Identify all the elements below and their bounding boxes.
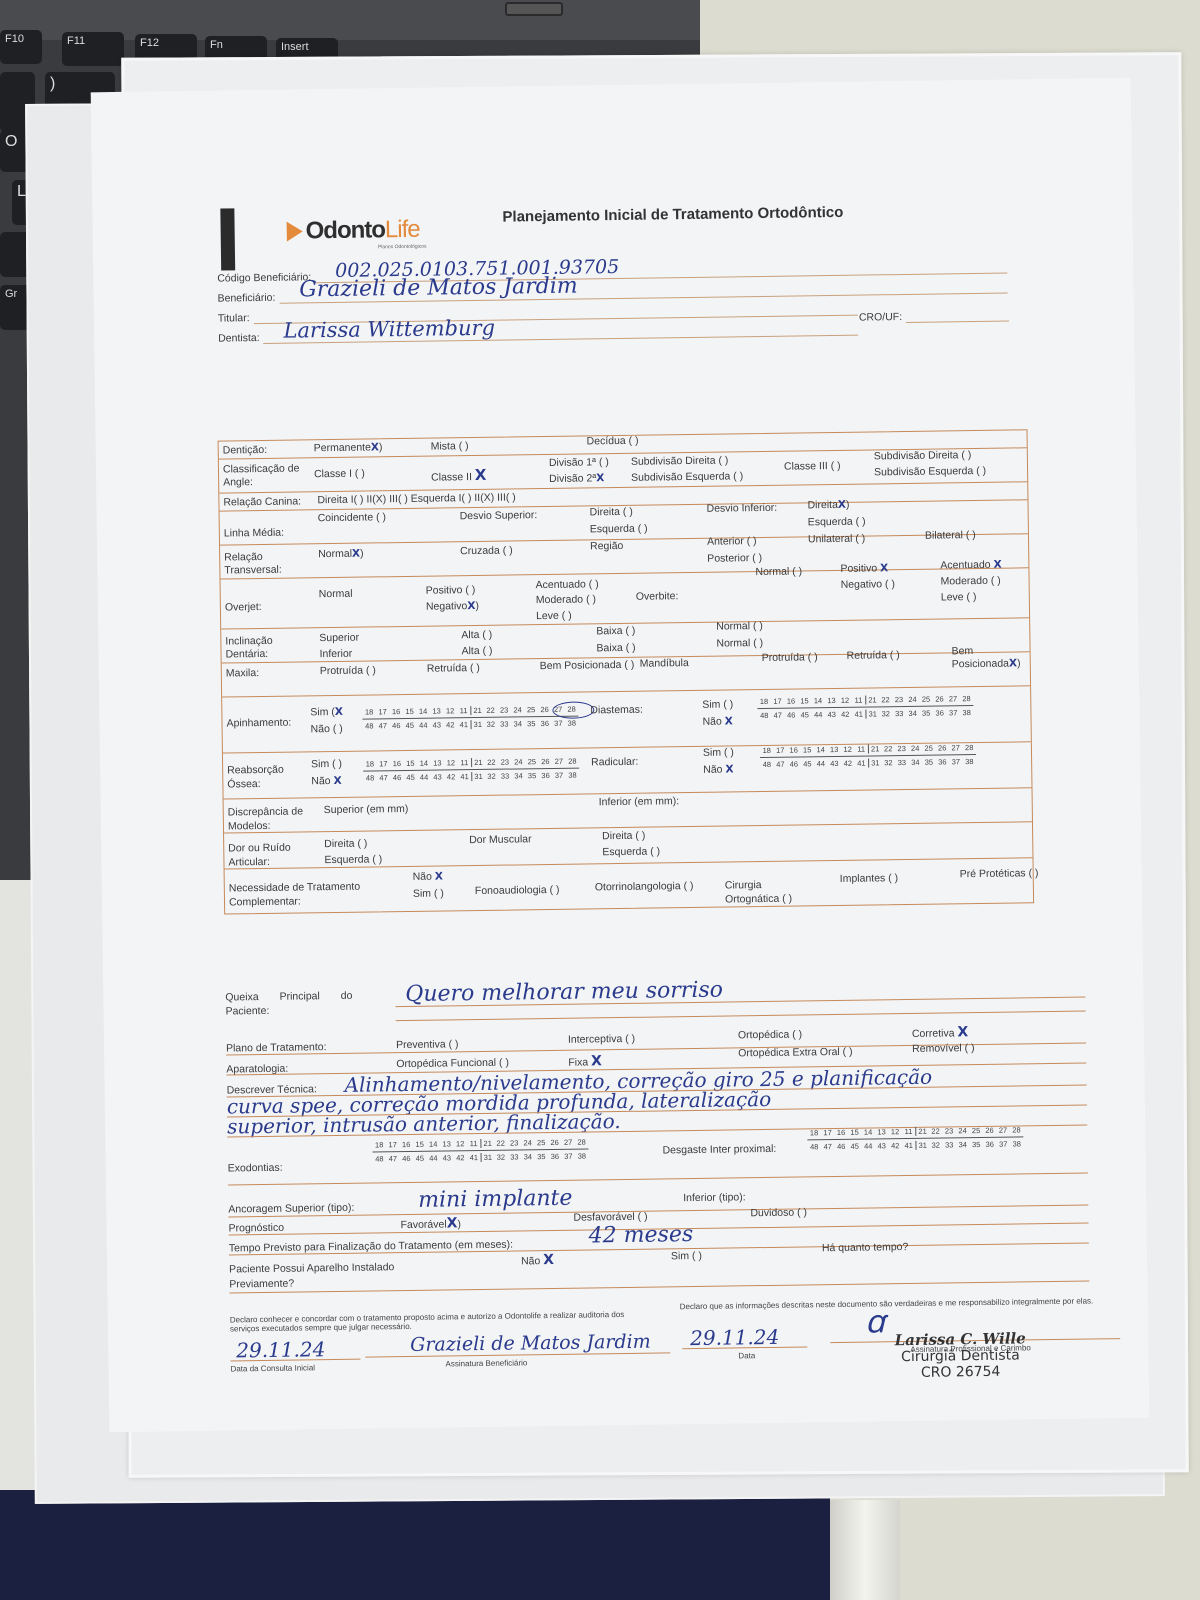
- tooth-28[interactable]: 28: [566, 757, 580, 766]
- tooth-37[interactable]: 37: [996, 1140, 1010, 1149]
- opt-subdivisao-esquerda[interactable]: Subdivisão Esquerda ( ): [631, 470, 743, 484]
- tooth-12[interactable]: 12: [443, 706, 457, 715]
- tooth-26[interactable]: 26: [933, 694, 947, 703]
- tooth-16[interactable]: 16: [399, 1140, 413, 1149]
- tooth-35[interactable]: 35: [535, 1152, 549, 1161]
- tooth-42[interactable]: 42: [454, 1153, 468, 1162]
- tooth-14[interactable]: 14: [814, 745, 828, 754]
- opt-overjet-normal[interactable]: Normal: [319, 588, 353, 600]
- tooth-13[interactable]: 13: [825, 696, 839, 705]
- tooth-25[interactable]: 25: [534, 1138, 548, 1147]
- tooth-32[interactable]: 32: [879, 709, 893, 718]
- tooth-18[interactable]: 18: [760, 746, 774, 755]
- tooth-41[interactable]: 41: [902, 1141, 916, 1150]
- opt-divisao-1[interactable]: Divisão 1ª ( ): [549, 456, 609, 469]
- opt-apinhamento-sim[interactable]: Sim (X: [310, 706, 343, 718]
- opt-muscular-direita[interactable]: Direita ( ): [602, 830, 645, 843]
- tooth-48[interactable]: 48: [363, 721, 377, 730]
- tooth-23[interactable]: 23: [942, 1126, 956, 1135]
- tooth-35[interactable]: 35: [524, 719, 538, 728]
- tooth-18[interactable]: 18: [363, 759, 377, 768]
- tooth-33[interactable]: 33: [497, 720, 511, 729]
- tooth-23[interactable]: 23: [498, 758, 512, 767]
- tooth-43[interactable]: 43: [875, 1141, 889, 1150]
- opt-overbite-leve[interactable]: Leve ( ): [941, 591, 977, 603]
- opt-maxila-bem-posicionada[interactable]: Bem Posicionada ( ): [540, 658, 640, 673]
- tooth-47[interactable]: 47: [771, 711, 785, 720]
- value-tempo-previsto[interactable]: 42 meses: [589, 1222, 694, 1248]
- tooth-21[interactable]: 21: [471, 758, 485, 767]
- opt-aparelho-sim[interactable]: Sim ( ): [671, 1250, 702, 1262]
- tooth-43[interactable]: 43: [431, 772, 445, 781]
- label-linha-media: Linha Média:: [224, 527, 284, 540]
- tooth-27[interactable]: 27: [949, 743, 963, 752]
- tooth-chart-diastemas[interactable]: 1817161514131211212223242526272848474645…: [757, 694, 973, 720]
- tooth-21[interactable]: 21: [470, 706, 484, 715]
- opt-superior-baixa[interactable]: Baixa ( ): [596, 625, 635, 638]
- tooth-25[interactable]: 25: [919, 695, 933, 704]
- tooth-34[interactable]: 34: [511, 719, 525, 728]
- tooth-18[interactable]: 18: [372, 1140, 386, 1149]
- tooth-26[interactable]: 26: [538, 705, 552, 714]
- tooth-48[interactable]: 48: [760, 760, 774, 769]
- opt-overjet-leve[interactable]: Leve ( ): [536, 610, 572, 622]
- tooth-14[interactable]: 14: [861, 1127, 875, 1136]
- tooth-33[interactable]: 33: [498, 772, 512, 781]
- tooth-chart-exodontias[interactable]: 1817161514131211212223242526272848474645…: [372, 1137, 588, 1163]
- tooth-23[interactable]: 23: [892, 695, 906, 704]
- tooth-26[interactable]: 26: [935, 743, 949, 752]
- tooth-22[interactable]: 22: [484, 706, 498, 715]
- tooth-24[interactable]: 24: [906, 695, 920, 704]
- value-ancoragem-superior[interactable]: mini implante: [418, 1186, 573, 1213]
- tooth-14[interactable]: 14: [426, 1140, 440, 1149]
- label-necessidade: Necessidade de Tratamento Complementar:: [229, 879, 399, 909]
- opt-removivel[interactable]: Removível ( ): [912, 1042, 975, 1055]
- opt-mandibula-protruida[interactable]: Protruída ( ): [762, 651, 818, 664]
- tooth-33[interactable]: 33: [892, 709, 906, 718]
- opt-interceptiva[interactable]: Interceptiva ( ): [568, 1033, 635, 1046]
- opt-mandibula-bem-posicionada[interactable]: Bem PosicionadaX): [952, 644, 1032, 671]
- tooth-25[interactable]: 25: [525, 757, 539, 766]
- tooth-47[interactable]: 47: [821, 1142, 835, 1151]
- opt-diastemas-nao[interactable]: Não X: [702, 715, 732, 727]
- opt-unilateral[interactable]: Unilateral ( ): [808, 533, 865, 546]
- opt-aparelho-nao[interactable]: Não X: [521, 1252, 554, 1268]
- tooth-21[interactable]: 21: [865, 695, 879, 704]
- opt-radicular-nao[interactable]: Não X: [703, 763, 733, 775]
- opt-inferior-baixa[interactable]: Baixa ( ): [596, 642, 635, 655]
- tooth-23[interactable]: 23: [895, 744, 909, 753]
- tooth-41[interactable]: 41: [852, 710, 866, 719]
- tooth-chart-reabsorcao[interactable]: 1817161514131211212223242526272848474645…: [363, 757, 579, 783]
- tooth-43[interactable]: 43: [430, 720, 444, 729]
- tooth-23[interactable]: 23: [497, 706, 511, 715]
- opt-posterior[interactable]: Posterior ( ): [707, 552, 762, 565]
- tooth-26[interactable]: 26: [539, 757, 553, 766]
- opt-otorrino[interactable]: Otorrinolangologia ( ): [595, 880, 694, 893]
- tooth-16[interactable]: 16: [784, 697, 798, 706]
- opt-bilateral[interactable]: Bilateral ( ): [925, 529, 976, 542]
- tooth-15[interactable]: 15: [798, 696, 812, 705]
- tooth-11[interactable]: 11: [458, 758, 472, 767]
- tooth-14[interactable]: 14: [811, 696, 825, 705]
- tooth-44[interactable]: 44: [814, 759, 828, 768]
- tooth-18[interactable]: 18: [757, 697, 771, 706]
- label-dor-ruido: Dor ou Ruído Articular:: [228, 840, 308, 869]
- opt-fonoaudiologia[interactable]: Fonoaudiologia ( ): [475, 884, 560, 897]
- tooth-27[interactable]: 27: [561, 1138, 575, 1147]
- tooth-13[interactable]: 13: [440, 1139, 454, 1148]
- tooth-12[interactable]: 12: [838, 696, 852, 705]
- tooth-28[interactable]: 28: [960, 694, 974, 703]
- tooth-15[interactable]: 15: [404, 759, 418, 768]
- tooth-32[interactable]: 32: [485, 772, 499, 781]
- tooth-16[interactable]: 16: [390, 759, 404, 768]
- tooth-36[interactable]: 36: [548, 1152, 562, 1161]
- tooth-42[interactable]: 42: [444, 720, 458, 729]
- opt-inf-direita[interactable]: DireitaX): [807, 499, 849, 512]
- tooth-17[interactable]: 17: [377, 759, 391, 768]
- tooth-22[interactable]: 22: [929, 1127, 943, 1136]
- tooth-25[interactable]: 25: [922, 744, 936, 753]
- laptop-latch: [505, 2, 563, 16]
- tooth-21[interactable]: 21: [915, 1127, 929, 1136]
- tooth-25[interactable]: 25: [969, 1126, 983, 1135]
- tooth-13[interactable]: 13: [431, 758, 445, 767]
- opt-inferior-alta[interactable]: Alta ( ): [461, 645, 492, 657]
- opt-necessidade-nao[interactable]: Não X: [413, 870, 443, 882]
- tooth-15[interactable]: 15: [413, 1140, 427, 1149]
- opt-radicular-sim[interactable]: Sim ( ): [703, 746, 734, 758]
- opt-anterior[interactable]: Anterior ( ): [707, 535, 757, 548]
- tooth-38[interactable]: 38: [1010, 1139, 1024, 1148]
- opt-overjet-moderado[interactable]: Moderado ( ): [536, 593, 596, 606]
- tooth-13[interactable]: 13: [430, 706, 444, 715]
- relacao-canina-options[interactable]: Direita I( ) II(X) III( ) Esquerda I( ) …: [317, 491, 516, 506]
- tooth-41[interactable]: 41: [458, 772, 472, 781]
- tooth-32[interactable]: 32: [929, 1141, 943, 1150]
- tooth-32[interactable]: 32: [494, 1153, 508, 1162]
- opt-pre-proteticas[interactable]: Pré Protéticas ( ): [960, 867, 1039, 880]
- tooth-46[interactable]: 46: [390, 773, 404, 782]
- opt-duvidoso[interactable]: Duvidoso ( ): [750, 1206, 807, 1219]
- tooth-28[interactable]: 28: [575, 1137, 589, 1146]
- tooth-11[interactable]: 11: [854, 745, 868, 754]
- tooth-chart-desgaste[interactable]: 1817161514131211212223242526272848474645…: [807, 1125, 1023, 1151]
- tooth-18[interactable]: 18: [362, 707, 376, 716]
- tooth-43[interactable]: 43: [440, 1153, 454, 1162]
- opt-classe-3[interactable]: Classe III ( ): [784, 460, 841, 473]
- opt-classe3-subdivisao-direita[interactable]: Subdivisão Direita ( ): [874, 449, 972, 462]
- tooth-38[interactable]: 38: [565, 719, 579, 728]
- tooth-13[interactable]: 13: [827, 745, 841, 754]
- tooth-16[interactable]: 16: [787, 745, 801, 754]
- tooth-12[interactable]: 12: [453, 1139, 467, 1148]
- tooth-37[interactable]: 37: [946, 708, 960, 717]
- tooth-44[interactable]: 44: [417, 721, 431, 730]
- tooth-26[interactable]: 26: [983, 1126, 997, 1135]
- field-discrepancia-inferior[interactable]: Inferior (em mm):: [599, 795, 680, 808]
- opt-cirurgia-ortognatica[interactable]: Cirurgia Ortognática ( ): [725, 877, 815, 906]
- key-f11: F11: [62, 32, 124, 66]
- tooth-17[interactable]: 17: [773, 746, 787, 755]
- tooth-22[interactable]: 22: [879, 695, 893, 704]
- tooth-17[interactable]: 17: [386, 1140, 400, 1149]
- opt-muscular-esquerda[interactable]: Esquerda ( ): [602, 845, 660, 858]
- tooth-27[interactable]: 27: [946, 694, 960, 703]
- opt-overbite-positivo[interactable]: Positivo X: [840, 562, 888, 575]
- tooth-46[interactable]: 46: [834, 1142, 848, 1151]
- tooth-32[interactable]: 32: [484, 720, 498, 729]
- tooth-43[interactable]: 43: [828, 759, 842, 768]
- opt-overjet-positivo[interactable]: Positivo ( ): [426, 584, 476, 597]
- opt-apinhamento-nao[interactable]: Não ( ): [311, 723, 343, 735]
- opt-subdivisao-direita[interactable]: Subdivisão Direita ( ): [631, 454, 729, 467]
- tooth-45[interactable]: 45: [801, 759, 815, 768]
- opt-divisao-2[interactable]: Divisão 2ªX: [549, 472, 604, 485]
- tooth-31[interactable]: 31: [868, 758, 882, 767]
- tooth-46[interactable]: 46: [784, 711, 798, 720]
- opt-ortopedica-extra-oral[interactable]: Ortopédica Extra Oral ( ): [738, 1046, 853, 1060]
- tooth-14[interactable]: 14: [417, 759, 431, 768]
- opt-decidua[interactable]: Decídua ( ): [587, 435, 639, 448]
- tooth-15[interactable]: 15: [848, 1128, 862, 1137]
- label-codigo: Código Beneficiário:: [217, 271, 311, 284]
- opt-ortopedica[interactable]: Ortopédica ( ): [738, 1028, 802, 1041]
- tooth-22[interactable]: 22: [485, 758, 499, 767]
- label-inclinacao-superior: Superior: [319, 632, 359, 645]
- tooth-48[interactable]: 48: [807, 1142, 821, 1151]
- tooth-42[interactable]: 42: [444, 772, 458, 781]
- opt-maxila-protruida[interactable]: Protruída ( ): [320, 664, 376, 677]
- logo-arrow-icon: [283, 221, 303, 241]
- tooth-45[interactable]: 45: [798, 710, 812, 719]
- tooth-18[interactable]: 18: [807, 1128, 821, 1137]
- tooth-36[interactable]: 36: [936, 757, 950, 766]
- opt-classe-2[interactable]: Classe II X: [431, 466, 487, 485]
- opt-classe3-subdivisao-esquerda[interactable]: Subdivisão Esquerda ( ): [874, 465, 986, 479]
- opt-classe-1[interactable]: Classe I ( ): [314, 468, 365, 481]
- tooth-12[interactable]: 12: [841, 745, 855, 754]
- tooth-24[interactable]: 24: [521, 1138, 535, 1147]
- tooth-22[interactable]: 22: [494, 1139, 508, 1148]
- value-dentista[interactable]: Larissa Wittemburg: [283, 316, 495, 343]
- tooth-44[interactable]: 44: [861, 1141, 875, 1150]
- tooth-42[interactable]: 42: [838, 710, 852, 719]
- tooth-42[interactable]: 42: [888, 1141, 902, 1150]
- opt-inf-esquerda[interactable]: Esquerda ( ): [808, 516, 866, 529]
- tooth-15[interactable]: 15: [800, 745, 814, 754]
- tooth-24[interactable]: 24: [908, 744, 922, 753]
- label-dentista: Dentista:: [218, 332, 260, 345]
- tooth-37[interactable]: 37: [949, 757, 963, 766]
- tooth-31[interactable]: 31: [915, 1141, 929, 1150]
- opt-transversal-normal[interactable]: NormalX): [318, 548, 364, 561]
- label-overjet: Overjet:: [225, 601, 262, 614]
- opt-permanente[interactable]: PermanenteX): [314, 441, 383, 454]
- tooth-41[interactable]: 41: [457, 720, 471, 729]
- tooth-31[interactable]: 31: [470, 720, 484, 729]
- tooth-12[interactable]: 12: [888, 1127, 902, 1136]
- opt-overjet-acentuado[interactable]: Acentuado ( ): [536, 578, 599, 591]
- opt-sup-direita[interactable]: Direita ( ): [590, 506, 633, 519]
- tooth-34[interactable]: 34: [521, 1152, 535, 1161]
- tooth-46[interactable]: 46: [390, 721, 404, 730]
- tooth-38[interactable]: 38: [566, 771, 580, 780]
- opt-overbite-negativo[interactable]: Negativo ( ): [841, 578, 895, 591]
- tooth-22[interactable]: 22: [881, 744, 895, 753]
- opt-cruzada[interactable]: Cruzada ( ): [460, 544, 513, 557]
- opt-fixa[interactable]: Fixa X: [568, 1053, 602, 1069]
- opt-overbite-normal[interactable]: Normal ( ): [755, 565, 802, 578]
- label-maxila: Maxila:: [226, 667, 259, 679]
- field-beneficiario: Beneficiário: Grazieli de Matos Jardim: [217, 278, 1007, 305]
- tooth-45[interactable]: 45: [413, 1154, 427, 1163]
- opt-superior-normal[interactable]: Normal ( ): [716, 620, 763, 633]
- tooth-38[interactable]: 38: [960, 708, 974, 717]
- tooth-48[interactable]: 48: [363, 773, 377, 782]
- opt-ortopedica-funcional[interactable]: Ortopédica Funcional ( ): [396, 1057, 509, 1071]
- tooth-36[interactable]: 36: [933, 708, 947, 717]
- tooth-35[interactable]: 35: [969, 1140, 983, 1149]
- field-discrepancia-superior[interactable]: Superior (em mm): [324, 803, 409, 816]
- tooth-33[interactable]: 33: [942, 1140, 956, 1149]
- tooth-44[interactable]: 44: [811, 710, 825, 719]
- tooth-24[interactable]: 24: [511, 705, 525, 714]
- label-ha-quanto-tempo[interactable]: Há quanto tempo?: [822, 1241, 909, 1254]
- tooth-45[interactable]: 45: [403, 721, 417, 730]
- tooth-47[interactable]: 47: [386, 1154, 400, 1163]
- tooth-15[interactable]: 15: [403, 707, 417, 716]
- tooth-28[interactable]: 28: [1010, 1125, 1024, 1134]
- tooth-45[interactable]: 45: [848, 1142, 862, 1151]
- tooth-47[interactable]: 47: [774, 760, 788, 769]
- tooth-31[interactable]: 31: [865, 709, 879, 718]
- opt-overjet-negativo[interactable]: NegativoX): [426, 600, 479, 613]
- tooth-41[interactable]: 41: [855, 759, 869, 768]
- tooth-26[interactable]: 26: [548, 1138, 562, 1147]
- tooth-27[interactable]: 27: [552, 757, 566, 766]
- tooth-14[interactable]: 14: [416, 707, 430, 716]
- opt-sup-esquerda[interactable]: Esquerda ( ): [590, 523, 648, 536]
- tooth-34[interactable]: 34: [512, 771, 526, 780]
- tooth-25[interactable]: 25: [524, 705, 538, 714]
- tooth-34[interactable]: 34: [909, 758, 923, 767]
- tooth-28[interactable]: 28: [962, 743, 976, 752]
- tooth-36[interactable]: 36: [538, 719, 552, 728]
- tooth-24[interactable]: 24: [512, 757, 526, 766]
- tooth-11[interactable]: 11: [902, 1127, 916, 1136]
- opt-reabsorcao-sim[interactable]: Sim ( ): [311, 758, 342, 770]
- tooth-42[interactable]: 42: [841, 759, 855, 768]
- tooth-33[interactable]: 33: [895, 758, 909, 767]
- tooth-46[interactable]: 46: [400, 1154, 414, 1163]
- opt-diastemas-sim[interactable]: Sim ( ): [702, 698, 733, 710]
- tooth-31[interactable]: 31: [481, 1153, 495, 1162]
- tooth-35[interactable]: 35: [919, 709, 933, 718]
- tooth-37[interactable]: 37: [562, 1152, 576, 1161]
- opt-favoravel[interactable]: FavorávelX): [400, 1215, 461, 1232]
- opt-coincidente[interactable]: Coincidente ( ): [318, 511, 386, 524]
- tooth-37[interactable]: 37: [552, 771, 566, 780]
- opt-superior-alta[interactable]: Alta ( ): [461, 629, 492, 641]
- tooth-48[interactable]: 48: [373, 1154, 387, 1163]
- opt-corretiva[interactable]: Corretiva X: [912, 1024, 969, 1041]
- tooth-33[interactable]: 33: [508, 1152, 522, 1161]
- opt-ruido-esquerda[interactable]: Esquerda ( ): [324, 853, 382, 866]
- tooth-11[interactable]: 11: [852, 696, 866, 705]
- tooth-41[interactable]: 41: [467, 1153, 481, 1162]
- tooth-21[interactable]: 21: [480, 1139, 494, 1148]
- tooth-47[interactable]: 47: [376, 721, 390, 730]
- opt-mista[interactable]: Mista ( ): [431, 440, 469, 453]
- opt-preventiva[interactable]: Preventiva ( ): [396, 1038, 459, 1051]
- label-denticao: Dentição:: [223, 444, 268, 457]
- opt-necessidade-sim[interactable]: Sim ( ): [413, 887, 444, 899]
- tooth-36[interactable]: 36: [539, 771, 553, 780]
- professional-stamp: Larissa C. Wille Cirurgiã Dentista CRO 2…: [880, 1329, 1041, 1381]
- tooth-11[interactable]: 11: [457, 706, 471, 715]
- opt-ruido-direita[interactable]: Direita ( ): [324, 838, 367, 851]
- value-beneficiario[interactable]: Grazieli de Matos Jardim: [299, 274, 578, 303]
- tooth-17[interactable]: 17: [821, 1128, 835, 1137]
- opt-inferior-normal[interactable]: Normal ( ): [716, 637, 763, 650]
- label-beneficiario: Beneficiário:: [218, 292, 276, 305]
- field-cro-uf: CRO/UF:: [859, 306, 1009, 324]
- tooth-43[interactable]: 43: [825, 710, 839, 719]
- tooth-24[interactable]: 24: [956, 1126, 970, 1135]
- tooth-23[interactable]: 23: [507, 1138, 521, 1147]
- opt-overbite-moderado[interactable]: Moderado ( ): [941, 575, 1001, 588]
- tooth-chart-radicular[interactable]: 1817161514131211212223242526272848474645…: [760, 743, 976, 769]
- tooth-16[interactable]: 16: [389, 707, 403, 716]
- tooth-12[interactable]: 12: [444, 758, 458, 767]
- tooth-38[interactable]: 38: [575, 1151, 589, 1160]
- tooth-35[interactable]: 35: [922, 758, 936, 767]
- tooth-31[interactable]: 31: [471, 772, 485, 781]
- label-desvio-inferior: Desvio Inferior:: [706, 502, 777, 515]
- tooth-47[interactable]: 47: [377, 773, 391, 782]
- tooth-16[interactable]: 16: [834, 1128, 848, 1137]
- tooth-17[interactable]: 17: [771, 697, 785, 706]
- tooth-37[interactable]: 37: [551, 719, 565, 728]
- tooth-45[interactable]: 45: [404, 773, 418, 782]
- tooth-46[interactable]: 46: [787, 759, 801, 768]
- opt-reabsorcao-nao[interactable]: Não X: [311, 775, 341, 787]
- tooth-44[interactable]: 44: [417, 773, 431, 782]
- tooth-11[interactable]: 11: [467, 1139, 481, 1148]
- tooth-13[interactable]: 13: [875, 1127, 889, 1136]
- tooth-48[interactable]: 48: [757, 711, 771, 720]
- opt-overbite-acentuado[interactable]: Acentuado X: [940, 559, 1001, 572]
- tooth-34[interactable]: 34: [956, 1140, 970, 1149]
- tooth-32[interactable]: 32: [882, 758, 896, 767]
- tooth-27[interactable]: 27: [996, 1126, 1010, 1135]
- opt-desfavoravel[interactable]: Desfavorável ( ): [573, 1211, 647, 1224]
- tooth-34[interactable]: 34: [906, 709, 920, 718]
- tooth-chart-apinhamento[interactable]: 1817161514131211212223242526272848474645…: [362, 705, 578, 731]
- tooth-17[interactable]: 17: [376, 707, 390, 716]
- tooth-44[interactable]: 44: [427, 1154, 441, 1163]
- tooth-21[interactable]: 21: [868, 744, 882, 753]
- opt-mandibula-retruida[interactable]: Retruída ( ): [847, 649, 900, 662]
- tooth-36[interactable]: 36: [983, 1140, 997, 1149]
- opt-maxila-retruida[interactable]: Retruída ( ): [427, 662, 480, 675]
- tooth-38[interactable]: 38: [963, 757, 977, 766]
- opt-implantes[interactable]: Implantes ( ): [840, 872, 899, 885]
- tooth-35[interactable]: 35: [525, 771, 539, 780]
